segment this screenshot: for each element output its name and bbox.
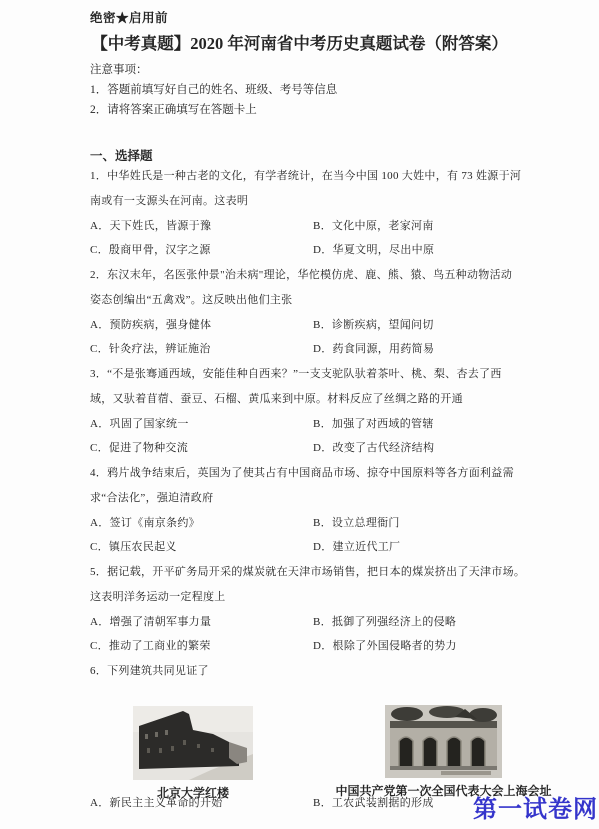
options-row: C．促进了物种交流 D．改变了古代经济结构 bbox=[90, 436, 524, 461]
options-row: A．签订《南京条约》 B．设立总理衙门 bbox=[90, 511, 524, 536]
question-6: 6．下列建筑共同见证了 bbox=[90, 659, 524, 684]
question-text-line: 姿态创编出“五禽戏”。这反映出他们主张 bbox=[90, 288, 524, 313]
option-a: A．新民主主义革命的开始 bbox=[90, 791, 313, 816]
question-2: 2．东汉末年，名医张仲景"治未病"理论，华佗模仿虎、鹿、熊、猿、鸟五种动物活动 … bbox=[90, 263, 524, 362]
option-c: C．镇压农民起义 bbox=[90, 535, 313, 560]
options-row: A．巩固了国家统一 B．加强了对西域的管辖 bbox=[90, 412, 524, 437]
notice-item: 1．答题前填写好自己的姓名、班级、考号等信息 bbox=[90, 80, 514, 100]
page-title: 【中考真题】2020 年河南省中考历史真题试卷（附答案） bbox=[0, 30, 599, 54]
question-text-line: 4．鸦片战争结束后，英国为了使其占有中国商品市场、掠夺中国原料等各方面利益需 bbox=[90, 461, 524, 486]
notice-heading: 注意事项： bbox=[90, 60, 514, 80]
figure-peking-university-red-building: 北京大学红楼 bbox=[133, 706, 253, 801]
question-text-line: 域，又驮着苜蓿、蚕豆、石榴、黄瓜来到中原。材料反应了丝绸之路的开通 bbox=[90, 387, 524, 412]
question-text-line: 南或有一支源头在河南。这表明 bbox=[90, 189, 524, 214]
question-1: 1．中华姓氏是一种古老的文化，有学者统计，在当今中国 100 大姓中，有 73 … bbox=[90, 164, 524, 263]
options-row: A．增强了清朝军事力量 B．抵御了列强经济上的侵略 bbox=[90, 610, 524, 635]
options-row: A．预防疾病，强身健体 B．诊断疾病，望闻问切 bbox=[90, 313, 524, 338]
classification-label: 绝密★启用前 bbox=[90, 8, 168, 26]
question-text-line: 2．东汉末年，名医张仲景"治未病"理论，华佗模仿虎、鹿、熊、猿、鸟五种动物活动 bbox=[90, 263, 524, 288]
option-a: A．天下姓氏，皆源于豫 bbox=[90, 214, 313, 239]
question-text-line: 这表明洋务运动一定程度上 bbox=[90, 585, 524, 610]
option-a: A．预防疾病，强身健体 bbox=[90, 313, 313, 338]
option-d: D．改变了古代经济结构 bbox=[313, 436, 524, 461]
option-b: B．文化中原，老家河南 bbox=[313, 214, 524, 239]
question-5: 5．据记载，开平矿务局开采的煤炭就在天津市场销售，把日本的煤炭挤出了天津市场。 … bbox=[90, 560, 524, 659]
option-c: C．殷商甲骨，汉字之源 bbox=[90, 238, 313, 263]
option-b: B．诊断疾病，望闻问切 bbox=[313, 313, 524, 338]
questions-list: 1．中华姓氏是一种古老的文化，有学者统计，在当今中国 100 大姓中，有 73 … bbox=[90, 164, 524, 684]
exam-paper-page: 绝密★启用前 【中考真题】2020 年河南省中考历史真题试卷（附答案） 注意事项… bbox=[0, 0, 599, 829]
question-text-line: 3．“不是张骞通西域，安能佳种自西来？”一支支驼队驮着茶叶、桃、梨、杏去了西 bbox=[90, 362, 524, 387]
question-4: 4．鸦片战争结束后，英国为了使其占有中国商品市场、掠夺中国原料等各方面利益需 求… bbox=[90, 461, 524, 560]
option-b: B．加强了对西域的管辖 bbox=[313, 412, 524, 437]
option-b: B．抵御了列强经济上的侵略 bbox=[313, 610, 524, 635]
notice-item: 2．请将答案正确填写在答题卡上 bbox=[90, 100, 514, 120]
options-row: A．天下姓氏，皆源于豫 B．文化中原，老家河南 bbox=[90, 214, 524, 239]
question-text-line: 5．据记载，开平矿务局开采的煤炭就在天津市场销售，把日本的煤炭挤出了天津市场。 bbox=[90, 560, 524, 585]
section-heading-choice-questions: 一、选择题 bbox=[90, 146, 153, 164]
option-d: D．药食同源，用药简易 bbox=[313, 337, 524, 362]
question-6-options: A．新民主主义革命的开始 B．工农武装割据的形成 bbox=[90, 791, 524, 816]
options-row: A．新民主主义革命的开始 B．工农武装割据的形成 bbox=[90, 791, 524, 816]
question-3: 3．“不是张骞通西域，安能佳种自西来？”一支支驼队驮着茶叶、桃、梨、杏去了西 域… bbox=[90, 362, 524, 461]
option-a: A．增强了清朝军事力量 bbox=[90, 610, 313, 635]
option-c: C．推动了工商业的繁荣 bbox=[90, 634, 313, 659]
option-b: B．设立总理衙门 bbox=[313, 511, 524, 536]
option-a: A．巩固了国家统一 bbox=[90, 412, 313, 437]
question-text-line: 1．中华姓氏是一种古老的文化，有学者统计，在当今中国 100 大姓中，有 73 … bbox=[90, 164, 524, 189]
option-c: C．针灸疗法，辨证施治 bbox=[90, 337, 313, 362]
photo-peking-university-red-building bbox=[133, 706, 253, 780]
figure-cpc-first-congress-site: 中国共产党第一次全国代表大会上海会址 bbox=[385, 705, 502, 799]
notice-block: 注意事项： 1．答题前填写好自己的姓名、班级、考号等信息 2．请将答案正确填写在… bbox=[90, 60, 514, 120]
options-row: C．镇压农民起义 D．建立近代工厂 bbox=[90, 535, 524, 560]
option-a: A．签订《南京条约》 bbox=[90, 511, 313, 536]
option-c: C．促进了物种交流 bbox=[90, 436, 313, 461]
option-d: D．根除了外国侵略者的势力 bbox=[313, 634, 524, 659]
question-text-line: 6．下列建筑共同见证了 bbox=[90, 659, 524, 684]
options-row: C．殷商甲骨，汉字之源 D．华夏文明，尽出中原 bbox=[90, 238, 524, 263]
option-d: D．华夏文明，尽出中原 bbox=[313, 238, 524, 263]
options-row: C．针灸疗法，辨证施治 D．药食同源，用药简易 bbox=[90, 337, 524, 362]
option-d: D．建立近代工厂 bbox=[313, 535, 524, 560]
site-watermark: 第一试卷网 bbox=[473, 789, 598, 824]
options-row: C．推动了工商业的繁荣 D．根除了外国侵略者的势力 bbox=[90, 634, 524, 659]
photo-cpc-first-congress-shanghai-site bbox=[385, 705, 502, 778]
question-text-line: 求“合法化”，强迫清政府 bbox=[90, 486, 524, 511]
